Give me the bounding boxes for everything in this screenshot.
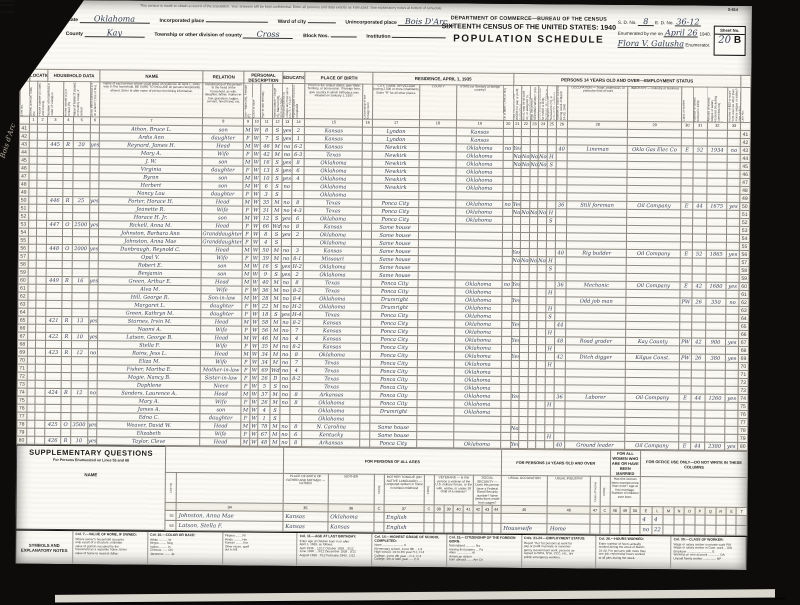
cell-w5	[545, 385, 554, 393]
cell-oth	[727, 138, 740, 146]
cell-own: O	[62, 244, 72, 252]
cell-farm	[90, 189, 100, 197]
cell-age: 10	[260, 174, 272, 182]
cell-cls	[681, 194, 693, 202]
cell-visit: 424	[45, 388, 61, 396]
cell-w5	[547, 185, 556, 193]
cell-oth	[725, 426, 738, 434]
cell-w2	[520, 304, 529, 312]
cell-w1	[511, 328, 520, 336]
cell-wage: 350	[706, 298, 726, 306]
cell-w3	[529, 305, 538, 313]
column-label-name: Name of each person whose usual place of…	[100, 82, 203, 118]
supp-cell-v2	[444, 513, 454, 523]
supp-cell-o3	[663, 525, 674, 535]
cell-mar: M	[272, 198, 282, 206]
sheet-number-value: 20	[718, 35, 731, 46]
cell-w2	[521, 176, 530, 184]
cell-race: W	[251, 230, 260, 238]
cell-wage	[706, 234, 726, 242]
cell-w1	[511, 408, 520, 416]
cell-wks	[691, 346, 705, 354]
cell-cit	[360, 431, 370, 439]
cell-visit	[46, 228, 62, 236]
supp-cell-m3	[630, 514, 640, 524]
cell-sch: no	[281, 326, 291, 334]
cell-st	[27, 308, 36, 316]
cell-gr: 1	[292, 134, 305, 142]
cell-wks	[692, 242, 706, 250]
cell-hn	[37, 196, 47, 204]
cell-w5	[546, 321, 555, 329]
cell-wage: 1675	[706, 202, 726, 210]
cell-mar: S	[272, 214, 282, 222]
note-line: value of home to nearest dollar.	[75, 552, 145, 556]
supp-col-letter: 49	[620, 506, 630, 514]
cell-oth: yes	[726, 354, 739, 362]
supp-cell-v3	[453, 523, 463, 533]
supplementary-questions-section: SUPPLEMENTARY QUESTIONS For Persons Enum…	[15, 445, 748, 536]
cell-w2	[520, 248, 529, 256]
cell-cls	[680, 322, 692, 330]
supp-col-letter: N	[674, 507, 685, 515]
cell-cit	[362, 255, 372, 263]
cell-lnr: 71	[738, 370, 748, 378]
cell-w5: H	[545, 361, 554, 369]
cell-mar: M	[271, 350, 281, 358]
column-number: 9	[244, 118, 253, 126]
cell-val: 10	[70, 437, 87, 445]
supp-col-letter: 44	[492, 505, 501, 513]
cell-w5: S	[547, 217, 556, 225]
cell-w2	[519, 424, 528, 432]
cell-mar: S	[272, 166, 282, 174]
cell-hrs	[553, 409, 565, 417]
cell-hn	[37, 220, 47, 228]
cell-cit	[362, 247, 372, 255]
cell-w3	[528, 409, 537, 417]
cell-w2	[519, 392, 528, 400]
cell-wage	[705, 410, 725, 418]
population-schedule-table: LOCATIONHOUSEHOLD DATANAMERELATIONPERSON…	[16, 69, 751, 451]
cell-val	[71, 301, 88, 309]
cell-gr: H-2	[291, 262, 304, 270]
cell-oth: yes	[726, 250, 739, 258]
cell-hrs	[555, 209, 567, 217]
supplementary-subtitle: For Persons Enumerated on Lines 55 and 6…	[17, 458, 165, 463]
cell-w1	[511, 384, 520, 392]
cell-w4	[538, 225, 547, 233]
supp-col-letter: 40	[454, 505, 464, 513]
cell-sch: no	[281, 294, 291, 302]
cell-race: W	[252, 142, 261, 150]
cell-w3	[530, 193, 539, 201]
supp-col-letter: P	[695, 507, 705, 515]
cell-sex: M	[243, 246, 252, 254]
cell-own: R	[61, 388, 71, 396]
cell-rf	[502, 304, 512, 312]
cell-wks	[691, 370, 705, 378]
cell-w5	[545, 353, 554, 361]
cell-w3	[530, 177, 539, 185]
cell-w2	[522, 128, 531, 136]
cell-wks	[691, 362, 705, 370]
cell-mar: M	[270, 390, 280, 398]
cell-st	[28, 284, 37, 292]
cell-w4	[537, 313, 546, 321]
cell-cls	[679, 346, 691, 354]
cell-farm	[89, 237, 99, 245]
cell-wage	[706, 274, 726, 282]
cell-wage	[705, 362, 725, 370]
cell-lnr: 46	[740, 170, 750, 178]
supp-col-letter: O	[684, 507, 695, 515]
cell-age: 6	[260, 182, 272, 190]
cell-oth	[727, 186, 740, 194]
cell-farm: yes	[89, 317, 99, 325]
cell-w2: No	[521, 208, 530, 216]
cell-own	[62, 236, 72, 244]
cell-wage	[705, 378, 725, 386]
cell-sch: yes	[281, 310, 291, 318]
notes-title: SYMBOLS AND EXPLANATORY NOTES	[16, 531, 73, 583]
cell-hn	[36, 324, 46, 332]
supp-name-col	[176, 472, 283, 503]
cell-w3: No	[530, 161, 539, 169]
cell-sex: M	[243, 174, 252, 182]
form-header: This census is made to obtain a record o…	[19, 0, 752, 74]
cell-wks	[692, 266, 706, 274]
cell-ln: 52	[19, 212, 29, 220]
cell-hn	[35, 404, 45, 412]
cell-lnr: 56	[739, 250, 749, 258]
cell-age: 46	[259, 334, 271, 342]
cell-visit	[46, 236, 62, 244]
cell-own	[63, 124, 73, 132]
cell-lnr: 45	[740, 162, 750, 170]
cell-hn	[35, 396, 45, 404]
cell-val	[72, 189, 89, 197]
cell-wks	[693, 170, 707, 178]
cell-own	[61, 404, 71, 412]
cell-race: W	[250, 358, 259, 366]
cell-mar: M	[270, 422, 280, 430]
cell-race: W	[252, 150, 261, 158]
cell-race: W	[250, 398, 259, 406]
census-sheet-page: This census is made to obtain a record o…	[15, 0, 752, 570]
cell-w5	[546, 273, 555, 281]
cell-oth	[725, 418, 738, 426]
cell-hrs: 44	[554, 321, 566, 329]
cell-lnr: 77	[738, 418, 748, 426]
cell-wage	[707, 162, 727, 170]
cell-race: W	[250, 334, 259, 342]
supp-mother: MOTHER	[328, 474, 375, 504]
cell-cls	[681, 186, 693, 194]
cell-sex: F	[241, 374, 250, 382]
cell-w1: Yes	[511, 392, 520, 400]
cell-w5: H	[546, 305, 555, 313]
cell-oth	[727, 130, 740, 138]
supp-cell-c3	[600, 514, 610, 524]
supp-cell-o8	[715, 525, 726, 535]
cell-age: 26	[259, 374, 271, 382]
cell-cls	[679, 418, 691, 426]
cell-wks	[692, 218, 706, 226]
cell-sch: no	[281, 222, 291, 230]
cell-w2	[520, 360, 529, 368]
cell-ln: 49	[19, 188, 29, 196]
cell-oth	[726, 322, 739, 330]
supp-office	[640, 477, 747, 508]
cell-visit	[45, 412, 61, 420]
cell-w3: No	[529, 209, 538, 217]
supp-occupation: USUAL OCCUPATION	[501, 475, 548, 505]
cell-w4	[537, 369, 546, 377]
cell-sex: F	[243, 230, 252, 238]
cell-w2	[519, 368, 528, 376]
cell-w2	[519, 440, 528, 448]
cell-w3	[530, 145, 539, 153]
cell-ln: 77	[17, 412, 27, 420]
township-label: Township or other division of county	[154, 32, 241, 39]
supp-cell-c3	[600, 524, 610, 534]
state-value: Oklahoma	[79, 16, 149, 24]
cell-hn	[36, 340, 46, 348]
cell-w5	[545, 417, 554, 425]
cell-visit	[47, 180, 63, 188]
cell-farm	[90, 157, 100, 165]
cell-own	[61, 356, 71, 364]
cell-own	[62, 300, 72, 308]
cell-w1	[512, 224, 521, 232]
supp-cell-v4	[463, 523, 473, 533]
supp-cell-o5	[684, 525, 695, 535]
cell-ln: 42	[19, 132, 29, 140]
cell-w2: No	[521, 160, 530, 168]
cell-mar: Wd	[270, 366, 280, 374]
enumerator-label: Enumerator.	[685, 42, 710, 47]
cell-w5	[545, 425, 554, 433]
cell-race: W	[252, 182, 261, 190]
cell-rf	[501, 432, 511, 440]
cell-sex: M	[242, 294, 251, 302]
cell-lnr: 50	[740, 202, 750, 210]
cell-val: 2500	[72, 221, 89, 229]
cell-mar: S	[272, 174, 282, 182]
cell-cit	[360, 399, 370, 407]
cell-gr: 8-2	[290, 342, 303, 350]
cell-cit	[361, 335, 371, 343]
cell-cls	[681, 130, 693, 138]
supp-cell-cls	[590, 524, 600, 534]
cell-ln: 79	[17, 428, 27, 436]
cell-w2	[520, 352, 529, 360]
cell-w4	[537, 377, 546, 385]
cell-w3	[529, 281, 538, 289]
cell-oth	[726, 346, 739, 354]
cell-w1	[510, 416, 519, 424]
cell-w1	[513, 176, 522, 184]
cell-own	[63, 164, 73, 172]
block-label: Block Nos.	[303, 33, 329, 39]
supp-cell-c2	[424, 523, 434, 533]
supp-col-letter: L	[652, 507, 664, 515]
cell-ln: 58	[18, 260, 28, 268]
cell-st	[27, 340, 36, 348]
cell-val: 25	[72, 197, 89, 205]
cell-w4	[537, 305, 546, 313]
cell-visit: 448	[46, 244, 62, 252]
cell-ln: 47	[19, 172, 29, 180]
supp-cell-s2	[482, 523, 491, 533]
column-label-ln: Line No.	[20, 81, 30, 116]
cell-st	[27, 332, 36, 340]
cell-sch: no	[282, 150, 292, 158]
cell-cit	[360, 407, 370, 415]
supp-cell-o2: 22	[651, 525, 663, 535]
cell-visit: 426	[45, 436, 61, 444]
cell-wage	[705, 314, 725, 322]
department-line: DEPARTMENT OF COMMERCE—BUREAU OF THE CEN…	[424, 15, 634, 23]
cell-age: 69	[259, 366, 271, 374]
cell-mar: M	[271, 286, 281, 294]
cell-w2	[519, 376, 528, 384]
cell-farm: no	[88, 349, 98, 357]
cell-sch: no	[280, 366, 290, 374]
supp-col-letter: 43	[483, 505, 492, 513]
cell-w3	[530, 129, 539, 137]
cell-oth	[727, 218, 740, 226]
cell-w2	[520, 264, 529, 272]
cell-hrs	[555, 233, 567, 241]
cell-rf: no	[503, 200, 513, 208]
cell-race: W	[252, 174, 261, 182]
column-number: 14	[292, 118, 305, 126]
cell-own: R	[61, 436, 71, 444]
cell-w1	[512, 240, 521, 248]
cell-race: W	[250, 390, 259, 398]
cell-cit	[361, 271, 371, 279]
cell-hn	[36, 300, 46, 308]
cell-mar: S	[271, 310, 281, 318]
cell-val	[73, 149, 90, 157]
cell-lnr: 44	[740, 154, 750, 162]
cell-w2	[520, 272, 529, 280]
cell-hn	[36, 308, 46, 316]
cell-oth: yes	[725, 442, 738, 450]
cell-w5: H	[547, 209, 556, 217]
cell-ln: 76	[17, 404, 27, 412]
cell-sch: no	[280, 382, 290, 390]
band-fourteen: FOR PERSONS 14 YEARS OLD AND OVER	[501, 449, 610, 476]
cell-rf	[501, 384, 511, 392]
cell-val: 12	[71, 389, 88, 397]
institution-label: Institution	[366, 34, 390, 40]
cell-farm	[89, 261, 99, 269]
column-label-gr: Highest grade of school completed	[292, 83, 305, 118]
cell-age: 26	[258, 398, 270, 406]
supp-women: Has this woman been married more than on…	[610, 476, 641, 506]
cell-st	[29, 140, 38, 148]
cell-ln: 45	[19, 156, 29, 164]
cell-val	[72, 253, 89, 261]
cell-own	[63, 148, 73, 156]
cell-w5	[545, 441, 554, 449]
cell-st	[27, 380, 36, 388]
supp-cell-s1	[473, 523, 482, 533]
cell-cit	[361, 311, 371, 319]
cell-val	[71, 373, 88, 381]
column-group-place-of-birth: PLACE OF BIRTH	[305, 72, 373, 85]
cell-wks	[692, 234, 706, 242]
cell-w3	[528, 425, 537, 433]
census-title: SIXTEENTH CENSUS OF THE UNITED STATES: 1…	[424, 23, 634, 32]
cell-race: W	[250, 374, 259, 382]
ward-value	[307, 22, 335, 23]
cell-wks	[692, 290, 706, 298]
supp-code2: CODE	[424, 475, 434, 505]
cell-w1	[511, 304, 520, 312]
cell-hn	[38, 124, 48, 132]
cell-w3	[530, 137, 539, 145]
column-label-rco: COUNTY	[420, 85, 457, 120]
cell-cls	[679, 434, 691, 442]
column-label-rc: CITY, TOWN, OR VILLAGE having 2,500 or m…	[373, 84, 421, 119]
column-label-hrs: Number of hours worked during week of Ma…	[556, 86, 568, 121]
column-label-rf: On a farm? (Yes or No)	[503, 85, 513, 120]
cell-hn	[37, 172, 47, 180]
cell-w3	[528, 401, 537, 409]
cell-w1: Yes	[511, 296, 520, 304]
cell-wks: 52	[693, 146, 707, 154]
cell-w5	[546, 233, 555, 241]
cell-age: 48	[258, 438, 270, 446]
cell-val	[72, 205, 89, 213]
supp-col-letter: Q	[705, 507, 716, 515]
cell-age: 16	[260, 262, 272, 270]
cell-oth	[726, 290, 739, 298]
cell-rf	[502, 240, 512, 248]
cell-sch: no	[281, 278, 291, 286]
cell-lnr: 55	[739, 242, 749, 250]
cell-val	[72, 269, 89, 277]
cell-val	[73, 173, 90, 181]
cell-w4	[538, 169, 547, 177]
cell-w4	[537, 281, 546, 289]
cell-w3	[530, 185, 539, 193]
cell-w4	[538, 201, 547, 209]
cell-hn	[36, 364, 46, 372]
cell-rf	[502, 296, 512, 304]
cell-w3: No	[530, 153, 539, 161]
cell-rf	[502, 288, 512, 296]
note-line: College, 5th or later year ..... C-5	[374, 558, 444, 562]
note-section: Col. 30.—CLASS OF WORKER:Wage or salary …	[671, 536, 746, 589]
enumeration-date: April 26	[664, 30, 698, 37]
cell-lnr: 62	[739, 298, 749, 306]
cell-gr: 8-2	[290, 374, 303, 382]
cell-val	[71, 309, 88, 317]
scanned-census-page-background: { "header": { "fineprint": "This census …	[0, 0, 800, 605]
cell-cls: E	[680, 282, 692, 290]
cell-farm	[88, 413, 98, 421]
cell-visit	[47, 204, 63, 212]
cell-w3	[528, 345, 537, 353]
cell-sex: M	[243, 214, 252, 222]
cell-race: W	[251, 238, 260, 246]
cell-age: 9	[260, 270, 272, 278]
